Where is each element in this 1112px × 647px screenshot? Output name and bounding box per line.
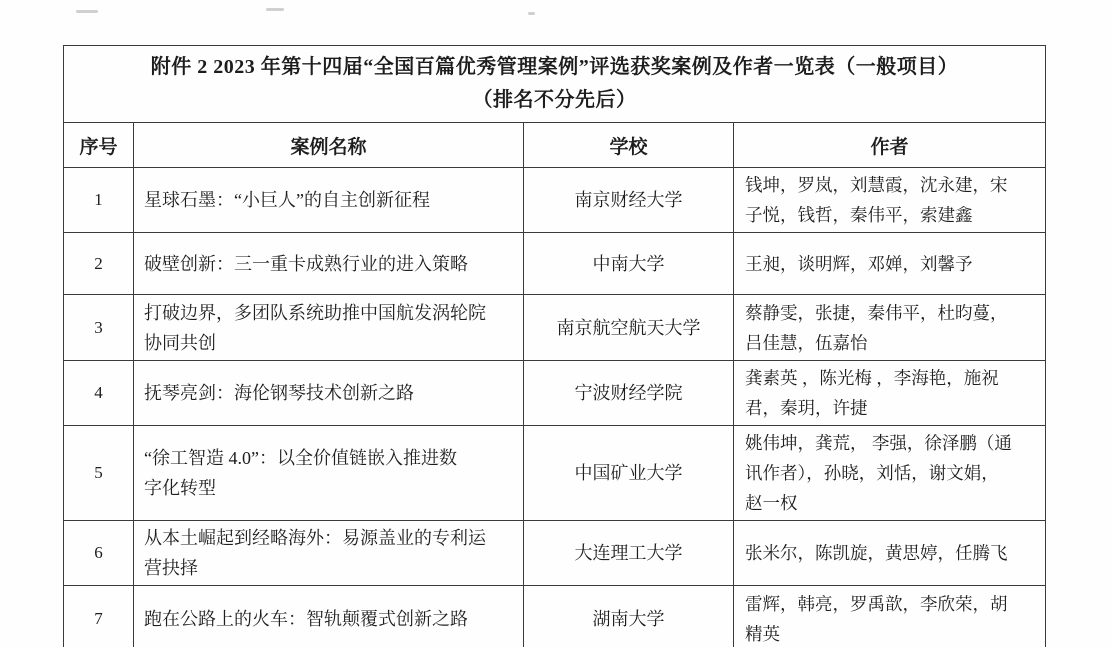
- case-name: 破壁创新：三一重卡成熟行业的进入策略: [134, 233, 524, 295]
- school-name: 南京航空航天大学: [524, 295, 734, 361]
- case-name: 跑在公路上的火车：智轨颠覆式创新之路: [134, 586, 524, 647]
- school-name: 中南大学: [524, 233, 734, 295]
- school-name: 中国矿业大学: [524, 426, 734, 521]
- school-name: 湖南大学: [524, 586, 734, 647]
- table-row: 7 跑在公路上的火车：智轨颠覆式创新之路 湖南大学 雷辉，韩亮，罗禹歆，李欣荣，…: [64, 586, 1046, 647]
- row-number: 6: [64, 521, 134, 586]
- table-header-row: 序号 案例名称 学校 作者: [64, 123, 1046, 168]
- table-row: 2 破壁创新：三一重卡成熟行业的进入策略 中南大学 王昶，谈明辉，邓婵，刘馨予: [64, 233, 1046, 295]
- awards-table: 附件 2 2023 年第十四届“全国百篇优秀管理案例”评选获奖案例及作者一览表（…: [63, 45, 1046, 647]
- column-header-authors: 作者: [734, 123, 1046, 168]
- table-title-line2: （排名不分先后）: [70, 84, 1039, 117]
- row-number: 1: [64, 168, 134, 233]
- table-body: 1 星球石墨：“小巨人”的自主创新征程 南京财经大学 钱坤，罗岚，刘慧霞，沈永建…: [64, 168, 1046, 647]
- authors-list: 蔡静雯，张捷，秦伟平，杜昀蔓， 吕佳慧，伍嘉怡: [734, 295, 1046, 361]
- row-number: 5: [64, 426, 134, 521]
- authors-list: 姚伟坤，龚荒， 李强，徐泽鹏（通 讯作者），孙晓，刘恬，谢文娟， 赵一权: [734, 426, 1046, 521]
- authors-list: 龚素英 ，陈光梅 ，李海艳，施祝 君，秦玥，许捷: [734, 361, 1046, 426]
- scan-artifact: [528, 12, 535, 15]
- table-title-row: 附件 2 2023 年第十四届“全国百篇优秀管理案例”评选获奖案例及作者一览表（…: [64, 46, 1046, 123]
- case-name: 从本土崛起到经略海外：易源盖业的专利运 营抉择: [134, 521, 524, 586]
- table-row: 3 打破边界，多团队系统助推中国航发涡轮院 协同共创 南京航空航天大学 蔡静雯，…: [64, 295, 1046, 361]
- table-title-line1: 附件 2 2023 年第十四届“全国百篇优秀管理案例”评选获奖案例及作者一览表（…: [70, 51, 1039, 84]
- scan-artifact: [266, 8, 284, 11]
- authors-list: 钱坤，罗岚，刘慧霞，沈永建，宋 子悦，钱哲，秦伟平，索建鑫: [734, 168, 1046, 233]
- table-title-cell: 附件 2 2023 年第十四届“全国百篇优秀管理案例”评选获奖案例及作者一览表（…: [64, 46, 1046, 123]
- authors-list: 王昶，谈明辉，邓婵，刘馨予: [734, 233, 1046, 295]
- row-number: 2: [64, 233, 134, 295]
- case-name: “徐工智造 4.0”：以全价值链嵌入推进数 字化转型: [134, 426, 524, 521]
- row-number: 7: [64, 586, 134, 647]
- case-name: 打破边界，多团队系统助推中国航发涡轮院 协同共创: [134, 295, 524, 361]
- authors-list: 张米尔，陈凯旋，黄思婷，任腾飞: [734, 521, 1046, 586]
- row-number: 4: [64, 361, 134, 426]
- table-row: 6 从本土崛起到经略海外：易源盖业的专利运 营抉择 大连理工大学 张米尔，陈凯旋…: [64, 521, 1046, 586]
- table-row: 5 “徐工智造 4.0”：以全价值链嵌入推进数 字化转型 中国矿业大学 姚伟坤，…: [64, 426, 1046, 521]
- row-number: 3: [64, 295, 134, 361]
- authors-list: 雷辉，韩亮，罗禹歆，李欣荣，胡 精英: [734, 586, 1046, 647]
- school-name: 宁波财经学院: [524, 361, 734, 426]
- column-header-case-name: 案例名称: [134, 123, 524, 168]
- column-header-school: 学校: [524, 123, 734, 168]
- scanned-document-page: 附件 2 2023 年第十四届“全国百篇优秀管理案例”评选获奖案例及作者一览表（…: [0, 0, 1112, 647]
- table-row: 4 抚琴亮剑：海伦钢琴技术创新之路 宁波财经学院 龚素英 ，陈光梅 ，李海艳，施…: [64, 361, 1046, 426]
- school-name: 南京财经大学: [524, 168, 734, 233]
- table-row: 1 星球石墨：“小巨人”的自主创新征程 南京财经大学 钱坤，罗岚，刘慧霞，沈永建…: [64, 168, 1046, 233]
- scan-artifact: [76, 10, 98, 13]
- case-name: 星球石墨：“小巨人”的自主创新征程: [134, 168, 524, 233]
- case-name: 抚琴亮剑：海伦钢琴技术创新之路: [134, 361, 524, 426]
- school-name: 大连理工大学: [524, 521, 734, 586]
- column-header-number: 序号: [64, 123, 134, 168]
